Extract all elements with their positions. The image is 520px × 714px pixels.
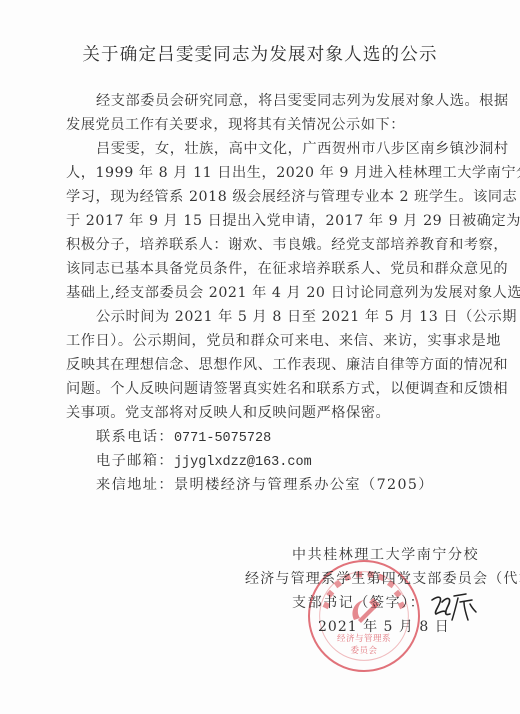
body-line: 经支部委员会研究同意，将吕雯雯同志列为发展对象人选。根据 [96, 89, 456, 113]
org-line-1: 中共桂林理工大学南宁分校 [292, 543, 479, 567]
body-line: 基础上,经支部委员会 2021 年 4 月 20 日讨论同意列为发展对象人选。 [66, 281, 456, 305]
address-value: 景明楼经济与管理系办公室（7205） [174, 477, 434, 493]
secretary-signature-label: 支部书记（签字）： [292, 591, 425, 615]
body-line: 人，1999 年 8 月 11 日出生，2020 年 9 月进入桂林理工大学南宁… [66, 161, 456, 185]
handwritten-signature-icon [430, 590, 480, 624]
contact-address: 来信地址：景明楼经济与管理系办公室（7205） [96, 473, 434, 497]
phone-number: 0771-5075728 [174, 431, 271, 446]
body-line: 学习，现为经管系 2018 级会展经济与管理专业本 2 班学生。该同志 [66, 185, 456, 209]
phone-label: 联系电话： [96, 429, 174, 445]
stamp-bottom-text: 委员会 [310, 644, 418, 656]
email-label: 电子邮箱： [96, 453, 174, 469]
org-line-2: 经济与管理系学生第四党支部委员会（代章） [245, 567, 520, 591]
body-line: 关事项。党支部将对反映人和反映问题严格保密。 [66, 401, 456, 425]
address-label: 来信地址： [96, 477, 174, 493]
body-line: 于 2017 年 9 月 15 日提出入党申请，2017 年 9 月 29 日被… [66, 209, 456, 233]
body-line: 积极分子，培养联系人：谢欢、韦良娥。经党支部培养教育和考察， [66, 233, 456, 257]
body-line: 该同志已基本具备党员条件，在征求培养联系人、党员和群众意见的 [66, 257, 456, 281]
body-line: 吕雯雯，女，壮族，高中文化，广西贺州市八步区南乡镇沙洞村 [96, 137, 456, 161]
body-line: 问题。个人反映问题请签署真实姓名和联系方式，以便调查和反馈相 [66, 377, 456, 401]
email-address: jjyglxdzz@163.com [174, 455, 312, 470]
body-line: 反映其在理想信念、思想作风、工作表现、廉洁自律等方面的情况和 [66, 353, 456, 377]
body-line: 公示时间为 2021 年 5 月 8 日至 2021 年 5 月 13 日（公示… [96, 305, 456, 329]
document-page: 关于确定吕雯雯同志为发展对象人选的公示 经支部委员会研究同意，将吕雯雯同志列为发… [0, 0, 520, 714]
contact-phone: 联系电话：0771-5075728 [96, 425, 271, 451]
document-title: 关于确定吕雯雯同志为发展对象人选的公示 [0, 44, 520, 66]
contact-email: 电子邮箱：jjyglxdzz@163.com [96, 449, 312, 475]
body-line: 工作日）。公示期间，党员和群众可来电、来信、来访，实事求是地 [66, 329, 456, 353]
body-line: 发展党员工作有关要求，现将其有关情况公示如下： [66, 113, 456, 137]
